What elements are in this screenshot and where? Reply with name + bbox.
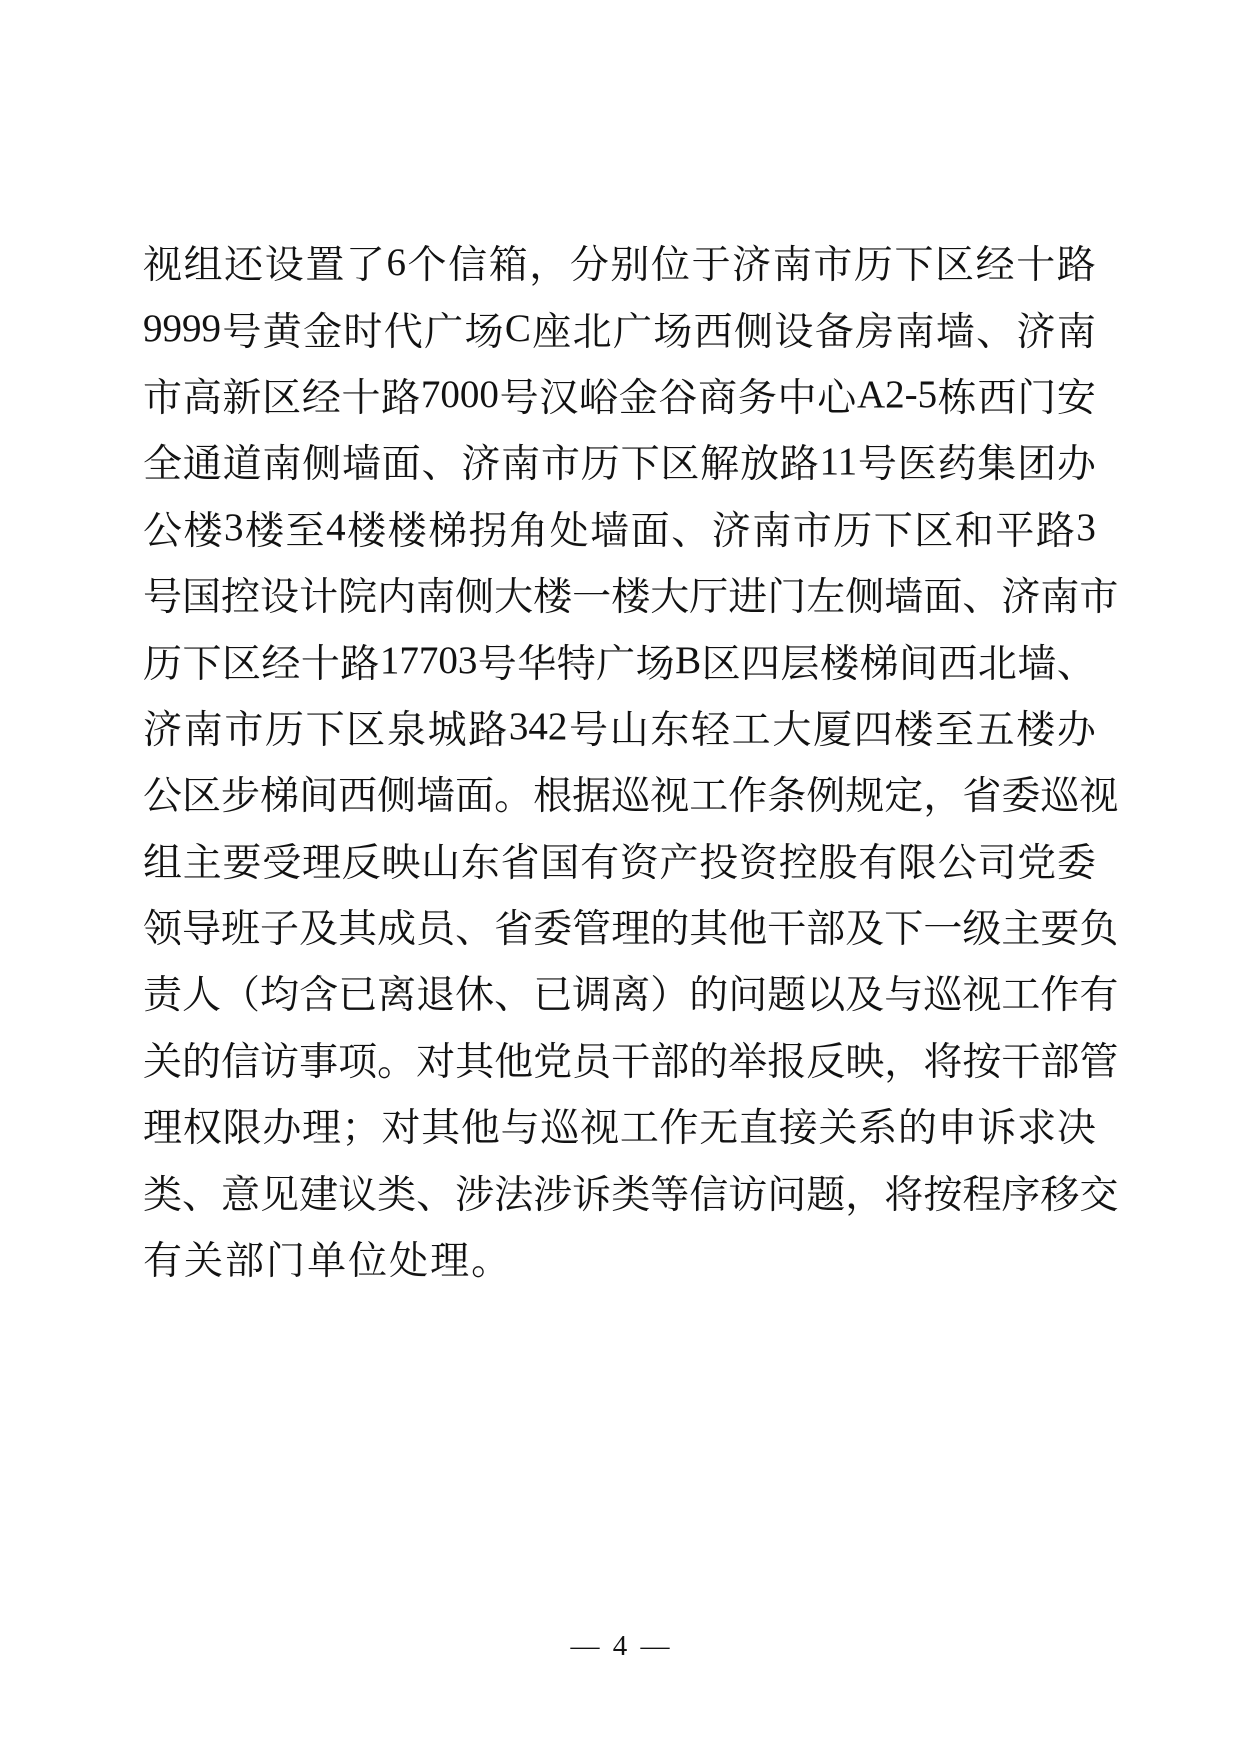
paragraph-line: 责人（均含已离退休、已调离）的问题以及与巡视工作有	[143, 959, 1096, 1025]
paragraph-line: 领导班子及其成员、省委管理的其他干部及下一级主要负	[143, 893, 1096, 959]
paragraph-line: 9999号黄金时代广场C座北广场西侧设备房南墙、济南	[143, 295, 1096, 361]
paragraph-line: 号国控设计院内南侧大楼一楼大厅进门左侧墙面、济南市	[143, 561, 1096, 627]
paragraph-line: 历下区经十路17703号华特广场B区四层楼梯间西北墙、	[143, 627, 1096, 693]
paragraph-line: 公楼3楼至4楼楼梯拐角处墙面、济南市历下区和平路3	[143, 495, 1096, 561]
paragraph-line: 全通道南侧墙面、济南市历下区解放路11号医药集团办	[143, 428, 1096, 494]
paragraph-line: 关的信访事项。对其他党员干部的举报反映，将按干部管	[143, 1026, 1096, 1092]
paragraph-line: 有关部门单位处理。	[143, 1225, 1096, 1291]
document-page: 视组还设置了6个信箱，分别位于济南市历下区经十路 9999号黄金时代广场C座北广…	[0, 0, 1240, 1754]
paragraph-line: 市高新区经十路7000号汉峪金谷商务中心A2-5栋西门安	[143, 362, 1096, 428]
paragraph-line: 视组还设置了6个信箱，分别位于济南市历下区经十路	[143, 229, 1096, 295]
paragraph-line: 组主要受理反映山东省国有资产投资控股有限公司党委	[143, 827, 1096, 893]
page-number: — 4 —	[0, 1630, 1240, 1663]
paragraph-line: 公区步梯间西侧墙面。根据巡视工作条例规定，省委巡视	[143, 760, 1096, 826]
paragraph-line: 济南市历下区泉城路342号山东轻工大厦四楼至五楼办	[143, 694, 1096, 760]
body-paragraph: 视组还设置了6个信箱，分别位于济南市历下区经十路 9999号黄金时代广场C座北广…	[143, 229, 1096, 1291]
paragraph-line: 类、意见建议类、涉法涉诉类等信访问题，将按程序移交	[143, 1158, 1096, 1224]
paragraph-line: 理权限办理；对其他与巡视工作无直接关系的申诉求决	[143, 1092, 1096, 1158]
